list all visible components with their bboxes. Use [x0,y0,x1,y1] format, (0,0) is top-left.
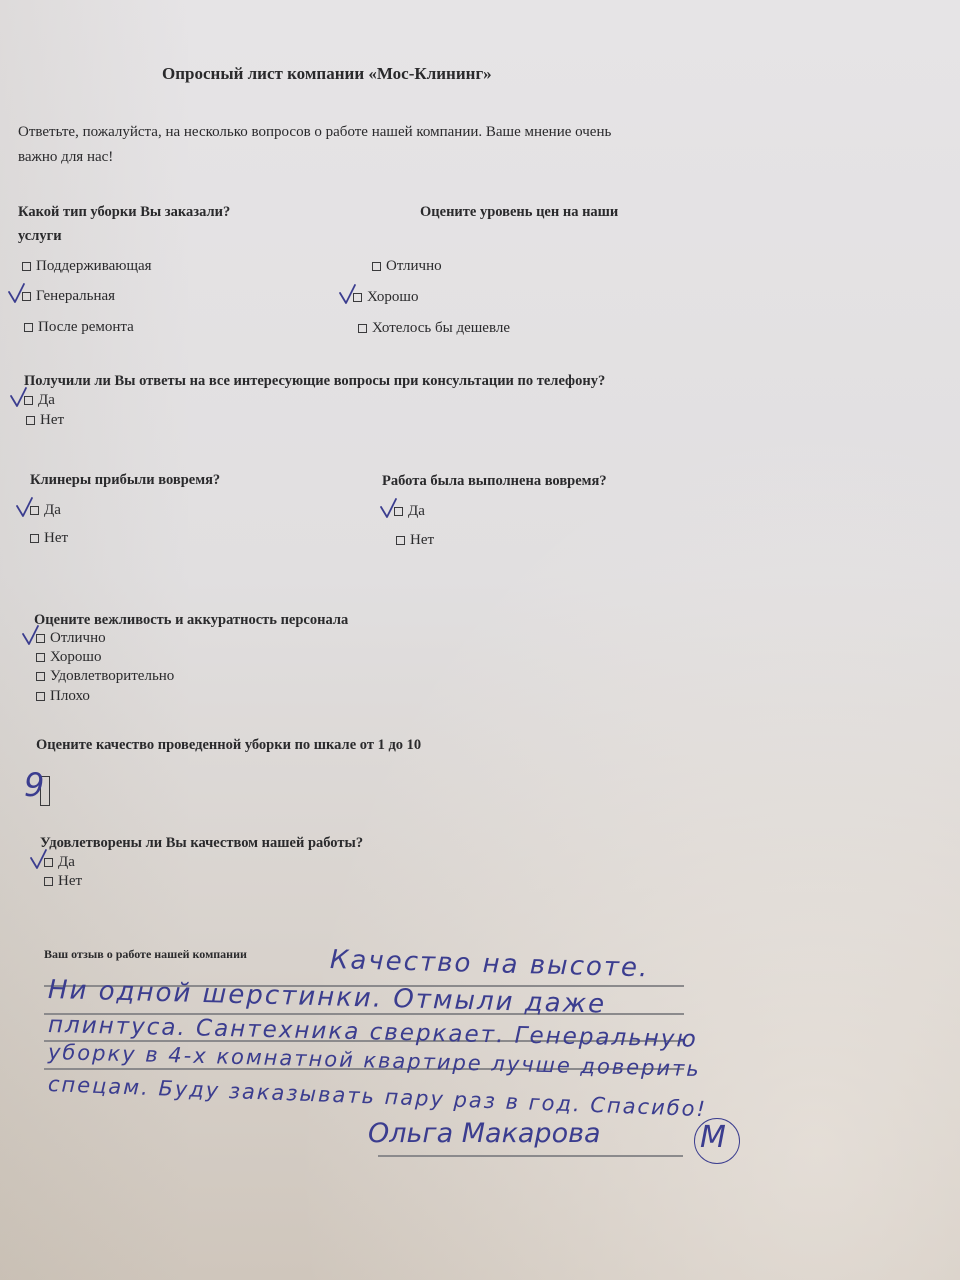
signature-rule [378,1155,683,1157]
option-label: Нет [44,530,68,547]
option-polite-bad[interactable]: Плохо [36,688,90,705]
checkmark-icon [379,498,401,520]
checkmark-icon [21,625,43,647]
checkmark-icon [338,284,360,306]
checkbox[interactable] [372,262,381,271]
question-quality-score: Оцените качество проведенной уборки по ш… [36,737,421,754]
option-cleaning-after-repair[interactable]: После ремонта [24,319,134,336]
checkbox[interactable] [358,324,367,333]
checkbox[interactable] [44,877,53,886]
option-label: Нет [58,873,82,890]
option-price-excellent[interactable]: Отлично [372,258,442,275]
option-label: Плохо [50,688,90,705]
question-arrived-on-time: Клинеры прибыли вовремя? [30,472,220,489]
option-phone-no[interactable]: Нет [26,412,64,429]
checkbox[interactable] [36,672,45,681]
option-label: Хорошо [50,649,101,666]
checkmark-icon [29,849,51,871]
signature-name: Ольга Макарова [368,1118,601,1149]
checkbox[interactable] [30,506,39,515]
option-arrived-yes[interactable]: Да [30,502,61,519]
checkbox[interactable] [36,653,45,662]
question-feedback: Ваш отзыв о работе нашей компании [44,947,247,962]
option-phone-yes[interactable]: Да [24,392,55,409]
option-label: Удовлетворительно [50,668,174,685]
checkbox[interactable] [22,292,31,301]
option-polite-excellent[interactable]: Отлично [36,630,106,647]
checkmark-icon [9,387,31,409]
option-done-no[interactable]: Нет [396,532,434,549]
checkbox[interactable] [36,692,45,701]
option-polite-good[interactable]: Хорошо [36,649,101,666]
form-title: Опросный лист компании «Мос-Клининг» [162,64,492,84]
checkbox[interactable] [396,536,405,545]
option-label: Да [58,854,75,871]
option-arrived-no[interactable]: Нет [30,530,68,547]
option-label: Хорошо [367,289,418,306]
feedback-line-1: Качество на высоте. [330,945,650,983]
intro-line-1: Ответьте, пожалуйста, на несколько вопро… [18,120,738,145]
checkbox[interactable] [44,858,53,867]
option-label: Да [44,502,61,519]
option-price-cheaper[interactable]: Хотелось бы дешевле [358,320,510,337]
question-satisfied: Удовлетворены ли Вы качеством нашей рабо… [40,835,363,852]
checkbox[interactable] [30,534,39,543]
score-value: 9 [24,766,44,804]
intro-line-2: важно для нас! [18,145,738,170]
option-price-good[interactable]: Хорошо [353,289,418,306]
option-cleaning-maintenance[interactable]: Поддерживающая [22,258,152,275]
option-label: Поддерживающая [36,258,152,275]
question-politeness: Оцените вежливость и аккуратность персон… [34,612,348,629]
checkbox[interactable] [24,323,33,332]
checkmark-icon [15,497,37,519]
checkbox[interactable] [36,634,45,643]
feedback-line-5: спецам. Буду заказывать пару раз в год. … [48,1072,708,1121]
checkmark-icon [7,283,29,305]
checkbox[interactable] [24,396,33,405]
option-cleaning-general[interactable]: Генеральная [22,288,115,305]
option-label: Нет [410,532,434,549]
checkbox[interactable] [394,507,403,516]
option-satisfied-no[interactable]: Нет [44,873,82,890]
option-label: После ремонта [38,319,134,336]
form-intro: Ответьте, пожалуйста, на несколько вопро… [18,120,738,170]
question-price-level: Оцените уровень цен на наши [420,204,618,221]
option-label: Да [38,392,55,409]
option-label: Генеральная [36,288,115,305]
signature-initial: М [700,1120,726,1155]
checkbox[interactable] [26,416,35,425]
option-label: Нет [40,412,64,429]
checkbox[interactable] [353,293,362,302]
option-label: Отлично [50,630,106,647]
option-label: Хотелось бы дешевле [372,320,510,337]
option-label: Да [408,503,425,520]
question-phone-consult: Получили ли Вы ответы на все интересующи… [24,373,605,390]
option-done-yes[interactable]: Да [394,503,425,520]
question-done-on-time: Работа была выполнена вовремя? [382,473,607,490]
checkbox[interactable] [22,262,31,271]
option-polite-satisfactory[interactable]: Удовлетворительно [36,668,174,685]
question-cleaning-type: Какой тип уборки Вы заказали? [18,204,230,221]
option-label: Отлично [386,258,442,275]
option-satisfied-yes[interactable]: Да [44,854,75,871]
question-price-level-line2: услуги [18,228,62,245]
